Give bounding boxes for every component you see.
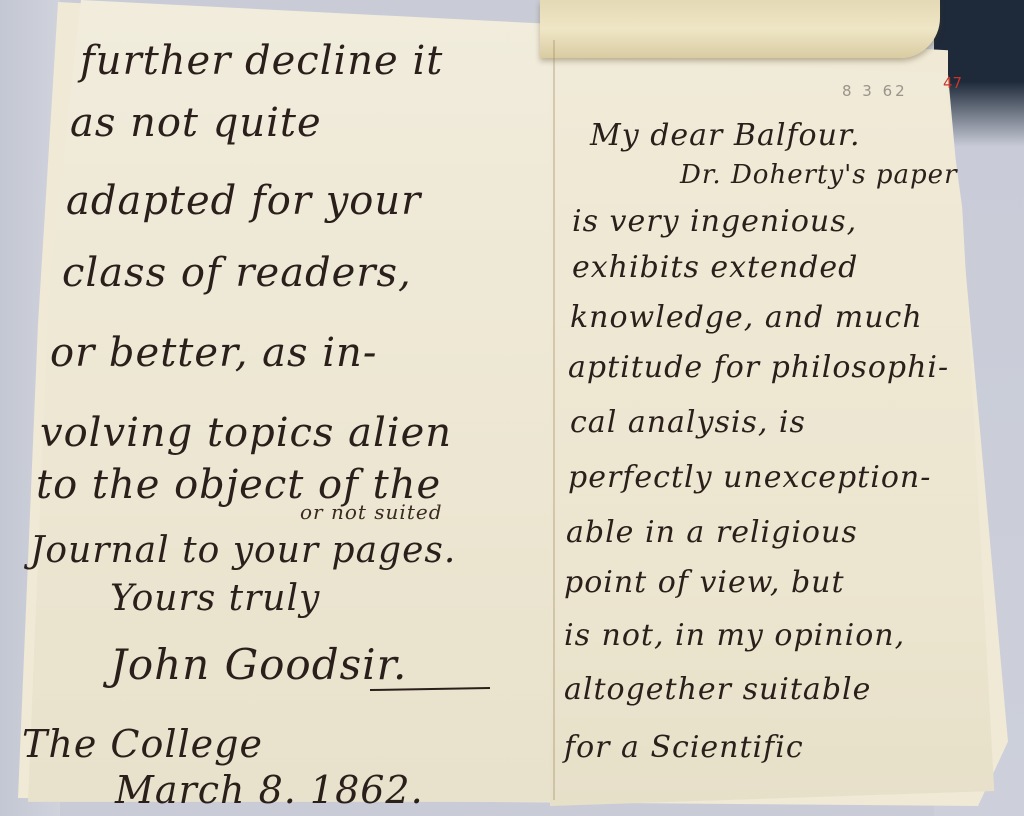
right-line-3: exhibits extended (572, 250, 858, 285)
left-line-8: Journal to your pages. (30, 530, 456, 571)
left-line-6: volving topics alien (40, 410, 452, 456)
salutation: My dear Balfour. (590, 118, 861, 153)
right-line-7: perfectly unexception- (568, 460, 931, 495)
right-line-9: point of view, but (564, 565, 845, 600)
right-line-1: Dr. Doherty's paper (680, 160, 958, 190)
right-line-10: is not, in my opinion, (564, 618, 905, 653)
left-line-1: further decline it (80, 38, 443, 84)
left-line-2: as not quite (70, 100, 322, 146)
right-line-4: knowledge, and much (570, 300, 923, 335)
date-line: March 8. 1862. (115, 768, 424, 812)
folded-paper-edge (540, 0, 940, 58)
interlinear-insertion: or not suited (300, 500, 443, 524)
right-line-5: aptitude for philosophi- (568, 350, 949, 385)
place-line: The College (22, 722, 263, 766)
signature: John Goodsir. (110, 640, 407, 689)
right-line-6: cal analysis, is (570, 405, 806, 440)
right-line-2: is very ingenious, (572, 204, 857, 239)
folio-number: 47 (943, 74, 962, 92)
pencil-date-annotation: 8 3 62 (842, 82, 908, 100)
closing: Yours truly (110, 578, 320, 619)
left-line-3: adapted for your (66, 178, 421, 224)
left-line-4: class of readers, (62, 250, 412, 296)
right-line-11: altogether suitable (564, 672, 871, 707)
page-fold-line (553, 40, 555, 800)
right-line-8: able in a religious (566, 515, 858, 550)
left-line-5: or better, as in- (50, 330, 377, 376)
right-line-12: for a Scientific (564, 730, 804, 765)
